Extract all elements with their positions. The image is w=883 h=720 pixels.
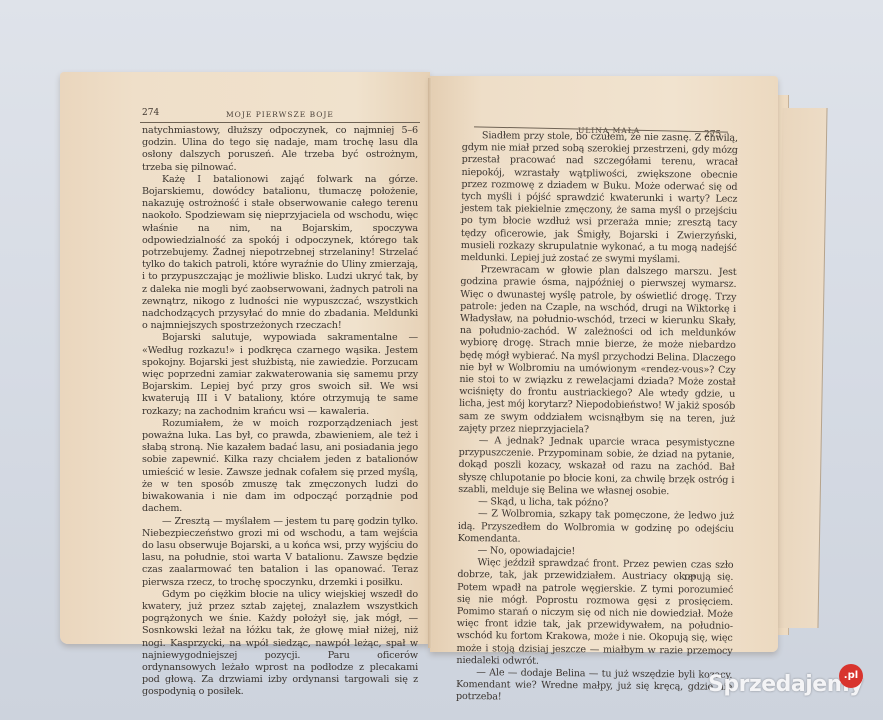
paragraph: — Ale — dodaje Belina — tu już wszędzie … [456, 667, 732, 706]
left-page-text: natychmiastowy, dłuższy odpoczynek, co n… [142, 125, 418, 699]
signature-mark: 18* [683, 573, 696, 582]
paragraph: Bojarski salutuje, wypowiada sakramental… [142, 332, 418, 417]
paragraph: — Z Wolbromia, szkapy tak pomęczone, że … [458, 508, 734, 547]
paragraph: — Zresztą — myślałem — jestem tu parę go… [142, 516, 418, 589]
book-gutter [428, 78, 432, 648]
watermark-badge: .pl [839, 664, 863, 688]
paragraph: natychmiastowy, dłuższy odpoczynek, co n… [142, 125, 418, 174]
paragraph: Rozumiałem, że w moich rozporządzeniach … [142, 418, 418, 516]
paragraph: Przewracam w głowie plan dalszego marszu… [459, 264, 737, 438]
paragraph: Każę I batalionowi zająć folwark na górz… [142, 174, 418, 333]
right-page-text: Siadłem przy stole, bo czułem, że nie za… [456, 130, 738, 706]
paragraph: — A jednak? Jednak uparcie wraca pesymis… [458, 435, 735, 499]
left-running-head: MOJE PIERWSZE BOJE [226, 110, 334, 119]
left-page-number: 274 [142, 108, 159, 118]
paragraph: Gdym po ciężkim błocie na ulicy wiejskie… [142, 589, 418, 699]
torn-page-edge [773, 108, 827, 628]
open-book-photo: 274 MOJE PIERWSZE BOJE natychmiastowy, d… [0, 0, 883, 720]
paragraph: Siadłem przy stole, bo czułem, że nie za… [461, 130, 738, 267]
left-header-rule [140, 122, 420, 123]
